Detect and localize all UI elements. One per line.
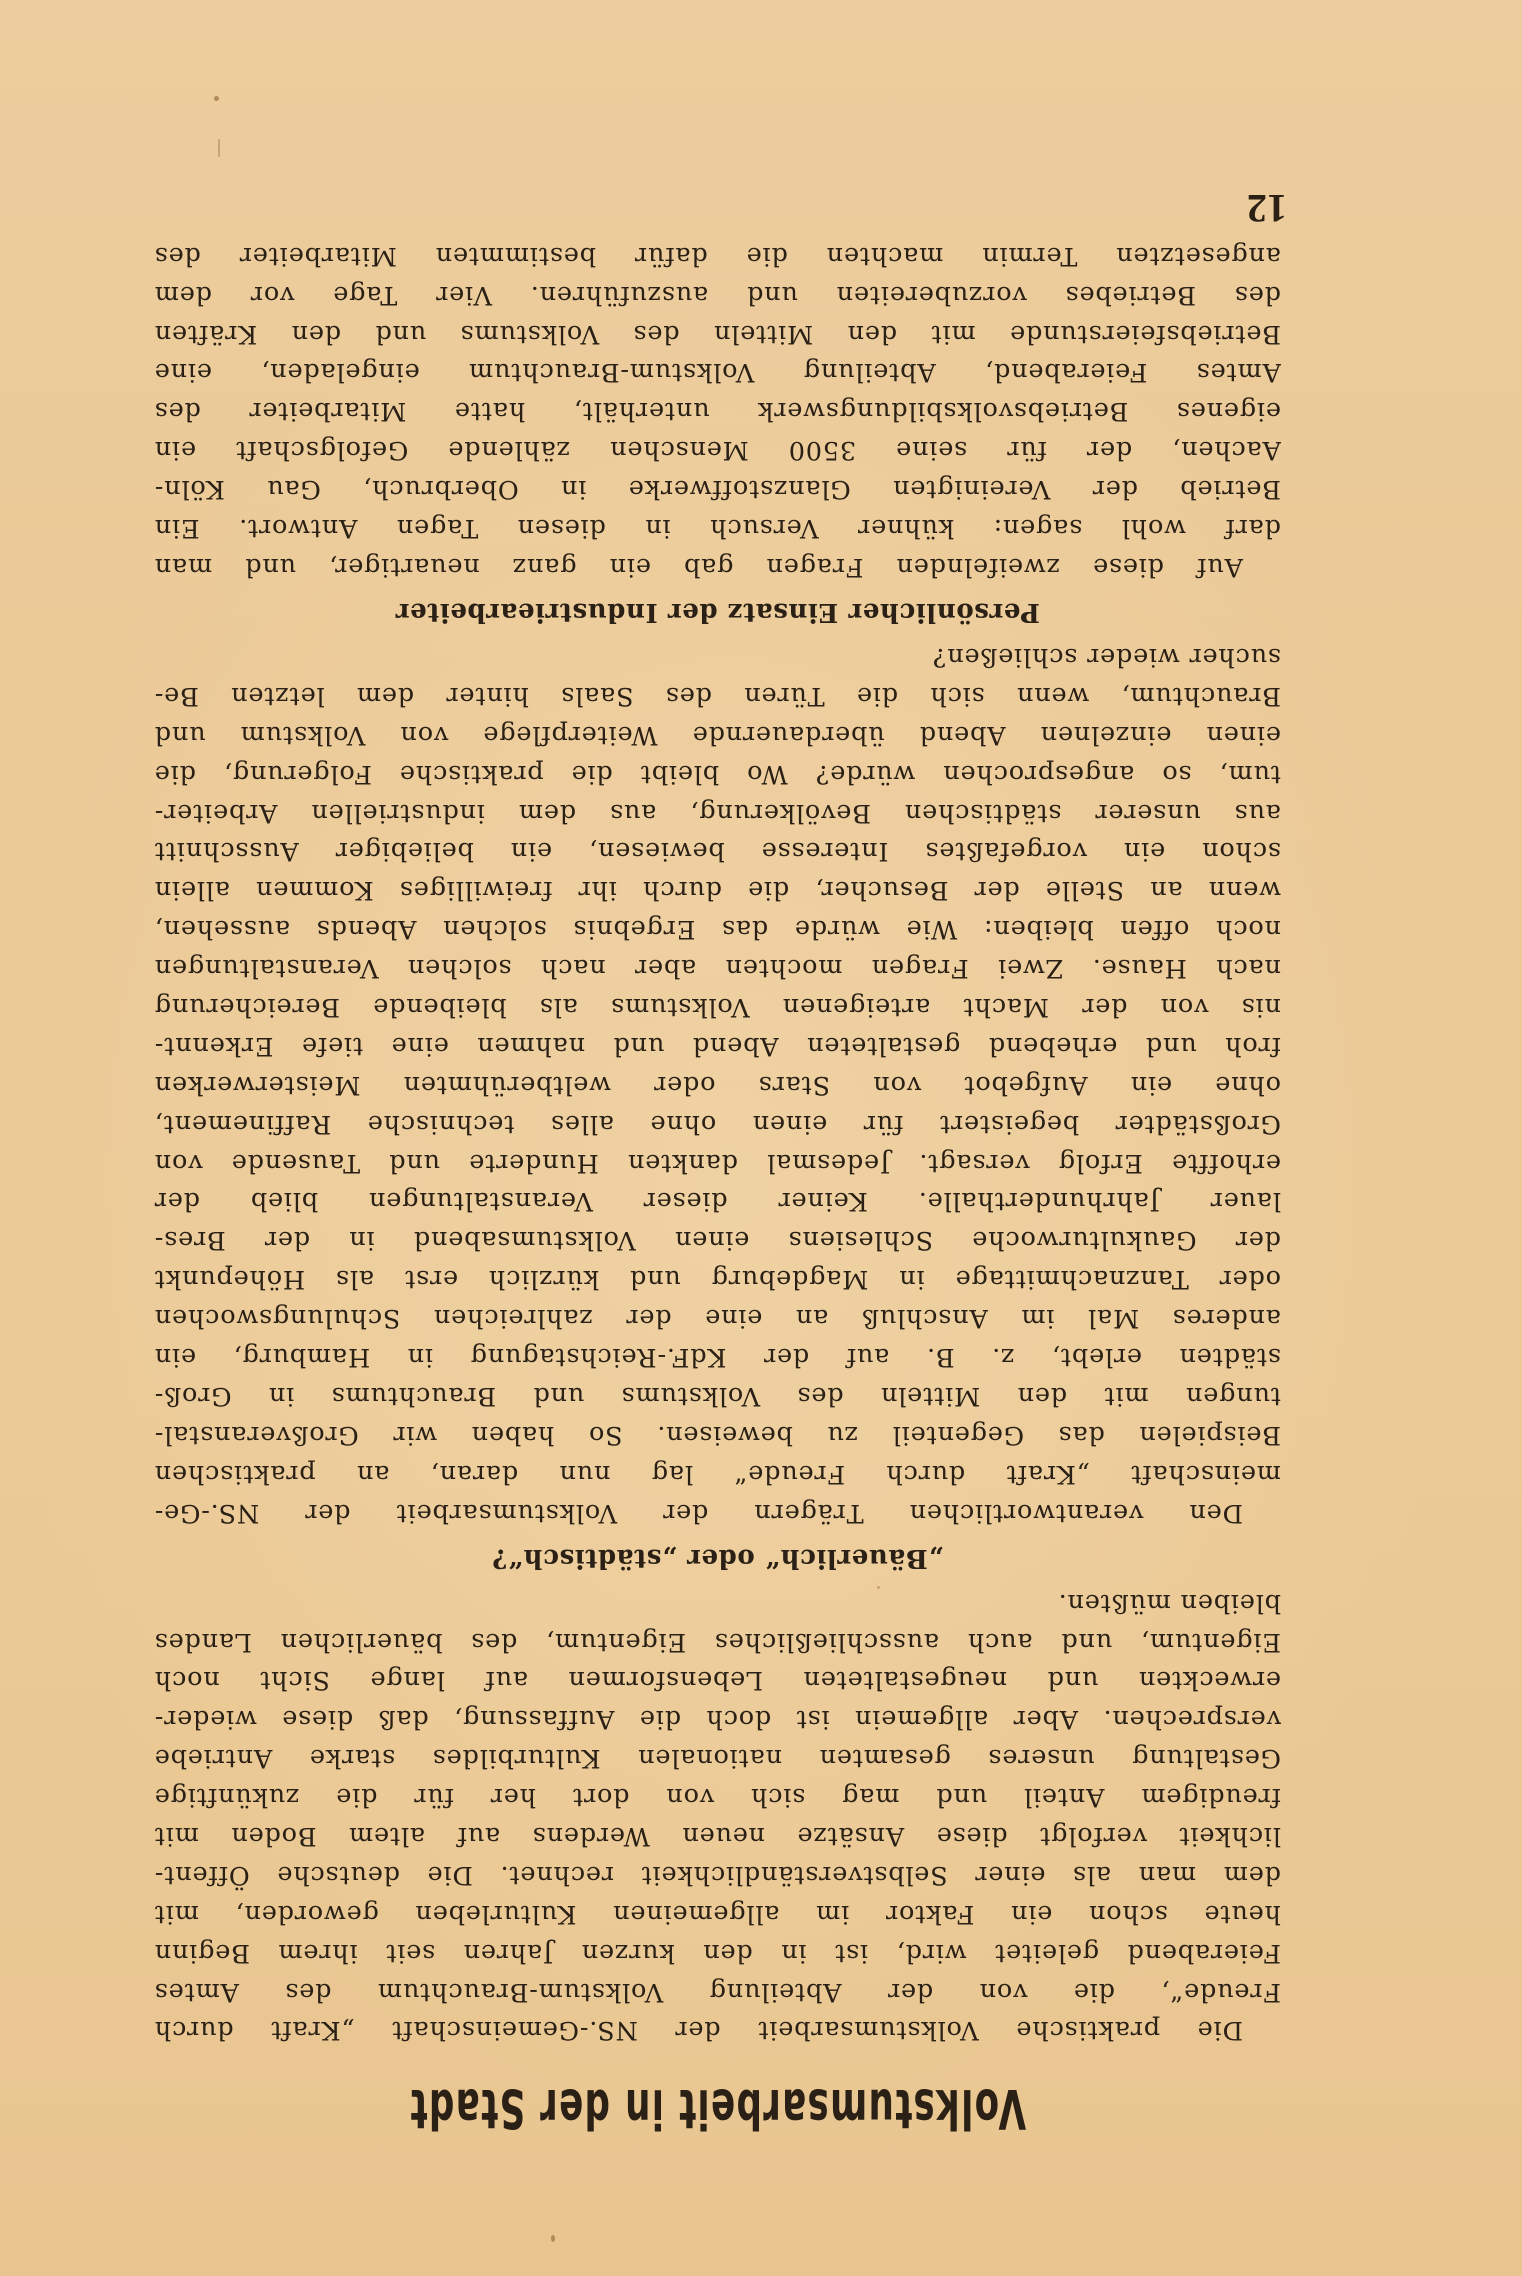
text-line: Die praktische Volkstumsarbeit der NS.-G… (154, 2011, 1281, 2050)
text-line: erweckten und neugestalteten Lebensforme… (154, 1661, 1281, 1700)
text-line: nach Hause. Zwei Fragen mochten aber nac… (154, 948, 1281, 987)
text-line: lauer Jahrhunderthalle. Keiner dieser Ve… (154, 1182, 1281, 1221)
page-title-container: Volkstumsarbeit in der Stadt (154, 2078, 1281, 2138)
text-line: froh und erhebend gestalteten Abend und … (154, 1026, 1281, 1065)
text-line: schon ein vorgefaßtes Interesse bewiesen… (154, 832, 1281, 871)
text-line: Auf diese zweifelnden Fragen gab ein gan… (154, 547, 1281, 586)
text-line: freudigem Anteil und mag sich von dort h… (154, 1777, 1281, 1816)
text-line: Amtes Feierabend, Abteilung Volkstum-Bra… (154, 353, 1281, 392)
text-line: aus unserer städtischen Bevölkerung, aus… (154, 793, 1281, 832)
text-line: Freude“, die von der Abteilung Volkstum-… (154, 1972, 1281, 2011)
text-line: versprechen. Aber allgemein ist doch die… (154, 1699, 1281, 1738)
text-line: Aachen, der für seine 3500 Menschen zähl… (154, 430, 1281, 469)
article-body: Die praktische Volkstumsarbeit der NS.-G… (154, 236, 1281, 2050)
text-line: Brauchtum, wenn sich die Türen des Saals… (154, 676, 1281, 715)
text-line: einen einzelnen Abend überdauernde Weite… (154, 715, 1281, 754)
text-line: Den verantwortlichen Trägern der Volkstu… (154, 1493, 1281, 1532)
text-line: Eigentum, und auch ausschließliches Eige… (154, 1622, 1281, 1661)
text-line: tungen mit den Mitteln des Volkstums und… (154, 1376, 1281, 1415)
paper-speck (551, 2235, 555, 2242)
text-line: des Betriebes vorzubereiten und auszufüh… (154, 275, 1281, 314)
text-line: wenn an Stelle der Besucher, die durch i… (154, 870, 1281, 909)
page-number: 12 (1247, 188, 1287, 228)
text-line: Betrieb der Vereinigten Glanzstoffwerke … (154, 469, 1281, 508)
text-line: angesetzten Termin machten die dafür bes… (154, 236, 1281, 275)
text-line: Betriebsfeierstunde mit den Mitteln des … (154, 314, 1281, 353)
text-line: ohne ein Aufgebot von Stars oder weltber… (154, 1065, 1281, 1104)
text-line: bleiben müßten. (154, 1583, 1281, 1622)
text-line: sucher wieder schließen? (154, 637, 1281, 676)
text-line: der Gaukulturwoche Schlesiens einen Volk… (154, 1221, 1281, 1260)
text-line: Feierabend geleitet wird, ist in den kur… (154, 1933, 1281, 1972)
paragraph: Die praktische Volkstumsarbeit der NS.-G… (154, 1583, 1281, 2050)
text-line: Beispielen das Gegenteil zu beweisen. So… (154, 1415, 1281, 1454)
text-line: oder Tanznachmittage in Magdeburg und kü… (154, 1259, 1281, 1298)
paragraph: Auf diese zweifelnden Fragen gab ein gan… (154, 236, 1281, 586)
section-heading: „Bäuerlich“ oder „städtisch“? (154, 1532, 1281, 1583)
text-line: tum, so angesprochen würde? Wo bleibt di… (154, 754, 1281, 793)
paper-scratch (218, 139, 220, 157)
section-heading: Persönlicher Einsatz der Industriearbeit… (154, 586, 1281, 637)
text-line: dem man als einer Selbstverständlichkeit… (154, 1855, 1281, 1894)
text-line: heute schon ein Faktor im allgemeinen Ku… (154, 1894, 1281, 1933)
text-line: nis von der Macht arteigenen Volkstums a… (154, 987, 1281, 1026)
text-line: städten erlebt, z. B. auf der KdF.-Reich… (154, 1337, 1281, 1376)
text-line: Gestaltung unseres gesamten nationalen K… (154, 1738, 1281, 1777)
text-line: anderes Mal im Anschluß an eine der zahl… (154, 1298, 1281, 1337)
paper-speck (214, 96, 219, 101)
scanned-page: Volkstumsarbeit in der Stadt Die praktis… (0, 0, 1522, 2276)
text-line: meinschaft „Kraft durch Freude“ lag nun … (154, 1454, 1281, 1493)
page-title: Volkstumsarbeit in der Stadt (409, 2078, 1026, 2138)
text-line: noch offen bleiben: Wie würde das Ergebn… (154, 909, 1281, 948)
text-line: erhoffte Erfolg versagt. Jedesmal dankte… (154, 1143, 1281, 1182)
text-line: darf wohl sagen: kühner Versuch in diese… (154, 508, 1281, 547)
text-line: lichkeit verfolgt diese Ansätze neuen We… (154, 1816, 1281, 1855)
text-line: eigenes Betriebsvolksbildungswerk unterh… (154, 392, 1281, 431)
text-line: Großstädter begeistert für einen ohne al… (154, 1104, 1281, 1143)
paragraph: Den verantwortlichen Trägern der Volkstu… (154, 637, 1281, 1531)
